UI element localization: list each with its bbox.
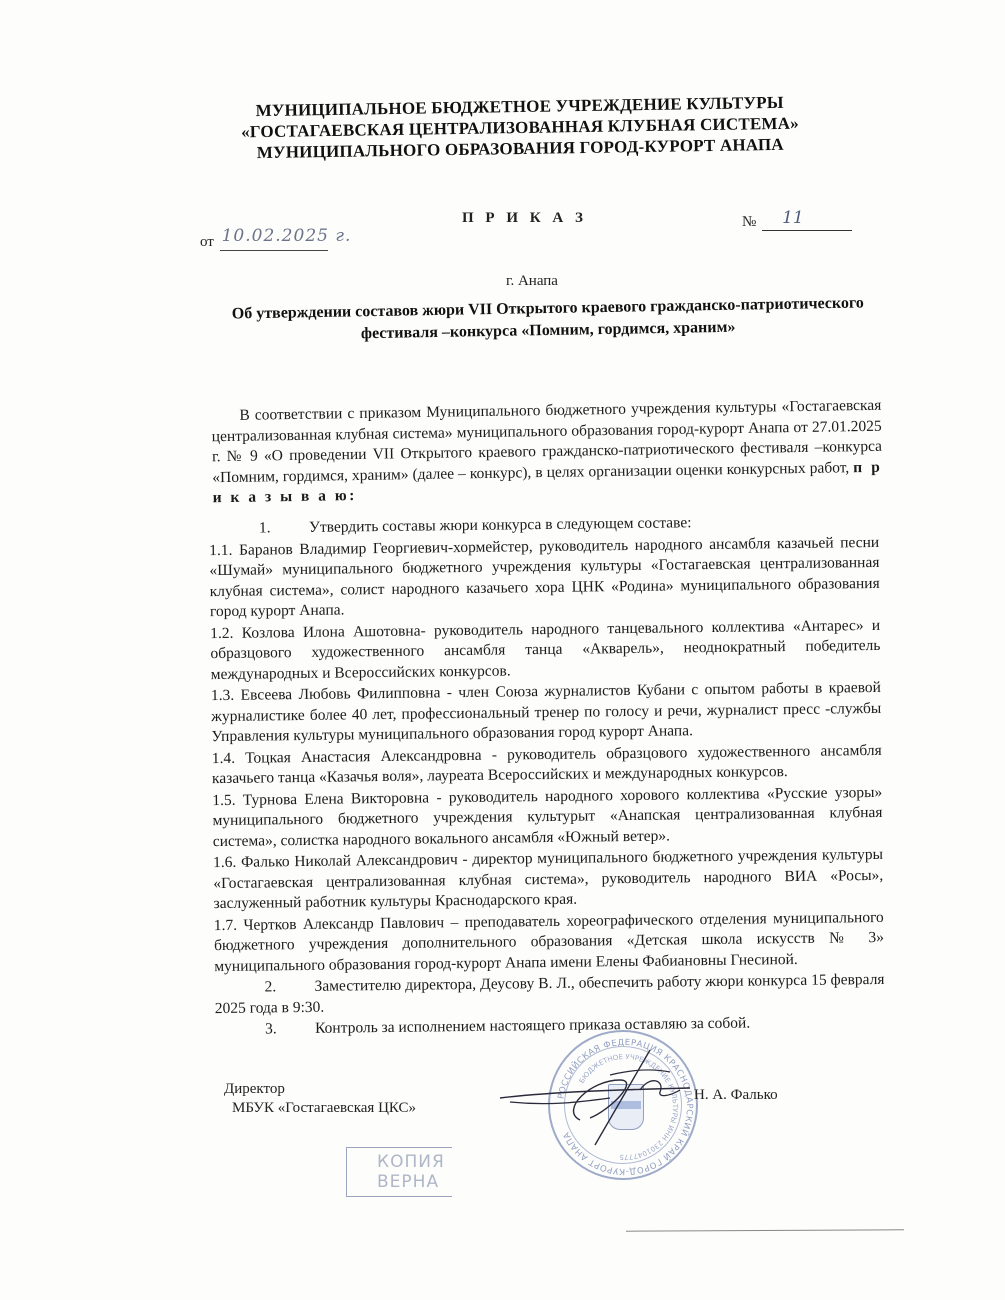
copy-stamp-line-1: КОПИЯ: [377, 1152, 452, 1172]
item-2-number: 2.: [264, 977, 314, 998]
item-1-number: 1.: [259, 518, 309, 539]
signer-name: Н. А. Фалько: [694, 1087, 778, 1104]
jury-member-2: 1.2. Козлова Илона Ашотовна- руководител…: [210, 615, 881, 685]
order-items: 1.Утвердить составы жюри конкурса в след…: [209, 511, 885, 1042]
item-2-text: Заместителю директора, Деусову В. Л., об…: [215, 971, 885, 1017]
copy-stamp-line-2: ВЕРНА: [377, 1172, 452, 1192]
item-2: 2.Заместителю директора, Деусову В. Л., …: [214, 970, 884, 1019]
organization-header: МУНИЦИПАЛЬНОЕ БЮДЖЕТНОЕ УЧРЕЖДЕНИЕ КУЛЬТ…: [240, 92, 801, 164]
bottom-divider: [626, 1229, 904, 1231]
item-1-text: Утвердить составы жюри конкурса в следую…: [309, 514, 692, 536]
position-organization: МБУК «Гостагаевская ЦКС»: [224, 1099, 416, 1118]
order-number-handwritten: 11: [782, 208, 804, 228]
jury-member-3: 1.3. Евсеева Любовь Филипповна - член Со…: [211, 678, 882, 748]
order-title: П Р И К А З: [462, 210, 587, 227]
intro-paragraph: В соответствии с приказом Муниципального…: [211, 396, 883, 509]
order-date: от 10.02.2025 г.: [200, 232, 328, 251]
order-number-field: 11: [762, 214, 852, 231]
city: г. Анапа: [506, 273, 558, 290]
jury-member-7: 1.7. Чертков Александр Павлович – препод…: [214, 907, 885, 977]
order-subject: Об утверждении составов жюри VII Открыто…: [228, 292, 869, 347]
signatory-position: Директор МБУК «Гостагаевская ЦКС»: [224, 1080, 416, 1118]
order-date-field: 10.02.2025 г.: [220, 232, 328, 251]
intro-text: В соответствии с приказом Муниципального…: [212, 397, 883, 486]
order-date-label: от: [200, 234, 214, 250]
jury-member-4: 1.4. Тоцкая Анастасия Александровна - ру…: [212, 740, 882, 789]
item-3-number: 3.: [265, 1019, 315, 1040]
order-number: № 11: [742, 214, 852, 231]
document-page: МУНИЦИПАЛЬНОЕ БЮДЖЕТНОЕ УЧРЕЖДЕНИЕ КУЛЬТ…: [0, 0, 1005, 1300]
order-date-handwritten: 10.02.2025 г.: [222, 226, 352, 246]
jury-member-1: 1.1. Баранов Владимир Георгиевич-хормейс…: [209, 532, 880, 622]
jury-member-5: 1.5. Турнова Елена Викторовна - руководи…: [212, 782, 883, 852]
handwritten-signature-icon: [490, 1040, 710, 1150]
position-title: Директор: [224, 1080, 416, 1099]
order-number-label: №: [742, 214, 756, 230]
jury-member-6: 1.6. Фалько Николай Александрович - дире…: [213, 845, 884, 915]
copy-certified-stamp: КОПИЯ ВЕРНА: [346, 1147, 452, 1197]
